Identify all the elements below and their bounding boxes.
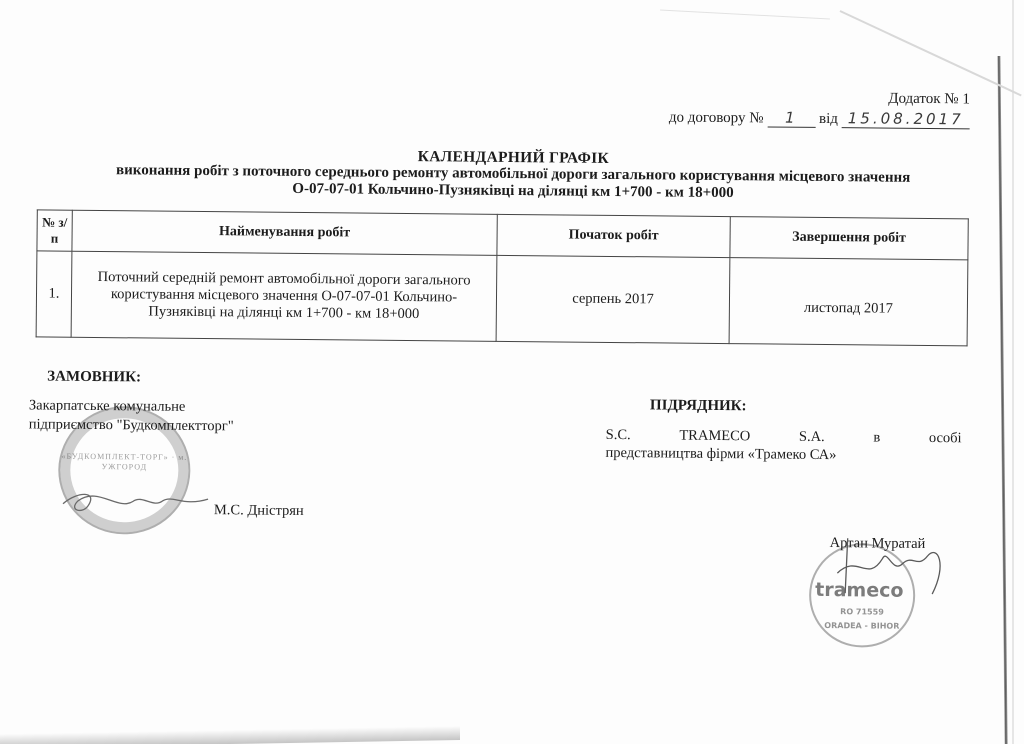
document-content: Додаток № 1 до договору № 1 від 15.08.20…	[0, 0, 1024, 744]
column-header-work-name: Найменування робіт	[72, 210, 497, 255]
schedule-table: № з/п Найменування робіт Початок робіт З…	[36, 209, 969, 346]
org-word: S.C.	[606, 426, 631, 444]
appendix-title: Додаток № 1	[669, 87, 970, 108]
scanned-document-page: Додаток № 1 до договору № 1 від 15.08.20…	[0, 0, 1024, 744]
table-row: 1. Поточний середній ремонт автомобільно…	[36, 251, 968, 346]
appendix-header: Додаток № 1 до договору № 1 від 15.08.20…	[669, 87, 970, 129]
org-word: TRAMECO	[679, 427, 750, 446]
contract-number: 1	[767, 108, 815, 127]
org-word: S.A.	[799, 428, 825, 446]
contractor-stamp-city: ORADEA - BIHOR	[811, 621, 913, 631]
customer-organization: Закарпатське комунальне підприємство "Бу…	[29, 396, 234, 436]
column-header-start: Початок робіт	[497, 214, 730, 257]
customer-org-line1: Закарпатське комунальне	[29, 396, 234, 417]
customer-signature-icon	[58, 486, 218, 518]
contract-reference: до договору № 1 від 15.08.2017	[669, 107, 970, 129]
date-prefix: від	[819, 111, 838, 127]
row-end: листопад 2017	[729, 258, 968, 346]
customer-org-line2: підприємство "Будкомплектторг"	[29, 415, 234, 436]
row-work-name: Поточний середній ремонт автомобільної д…	[71, 251, 497, 341]
row-number: 1.	[36, 251, 72, 337]
contractor-label: ПІДРЯДНИК:	[650, 397, 747, 415]
customer-label: ЗАМОВНИК:	[47, 369, 141, 387]
contractor-stamp-code: RO 71559	[811, 607, 913, 617]
contractor-organization: S.C. TRAMECO S.A. в особі представництва…	[605, 426, 961, 465]
org-word: в	[873, 428, 880, 446]
customer-stamp-text: «БУДКОМПЛЕКТ-ТОРГ» · м. УЖГОРОД	[60, 452, 188, 473]
contractor-signature-icon	[827, 533, 968, 604]
customer-signatory: М.С. Дністрян	[214, 502, 304, 520]
contractor-org-line2: представництва фірми «Трамеко СА»	[605, 444, 961, 465]
org-word: особі	[929, 429, 962, 447]
document-title-block: КАЛЕНДАРНИЙ ГРАФІК виконання робіт з пот…	[1, 144, 1024, 205]
column-header-number: № з/п	[37, 210, 72, 251]
contract-date: 15.08.2017	[842, 109, 970, 129]
contract-prefix: до договору №	[669, 109, 764, 126]
column-header-end: Завершення робіт	[730, 217, 968, 260]
row-start: серпень 2017	[496, 255, 730, 343]
